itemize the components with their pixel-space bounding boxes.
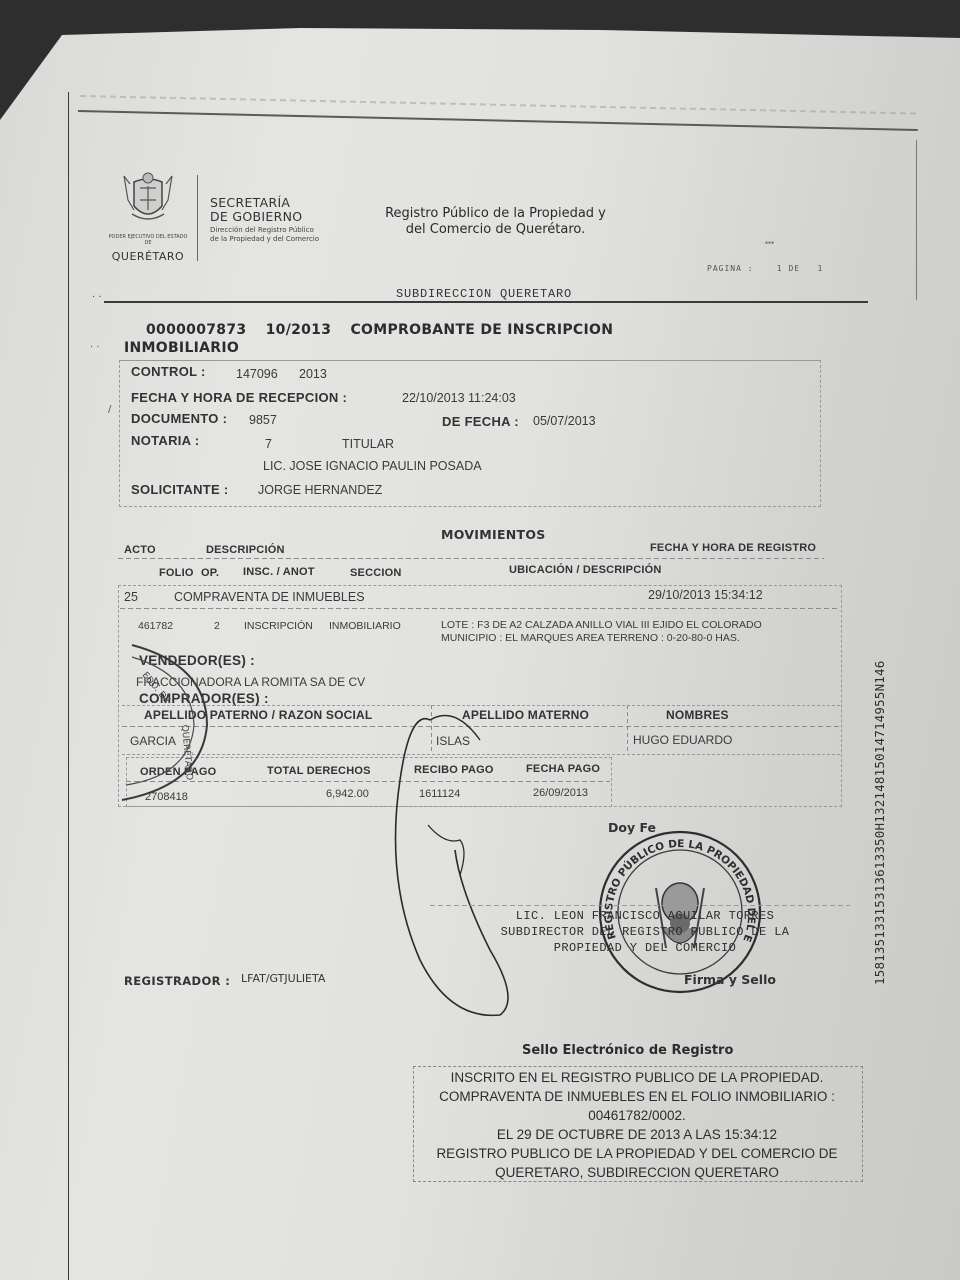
firma-sello-label: Firma y Sello — [684, 972, 776, 987]
op-value: 2 — [214, 620, 220, 632]
tiny-stamp: ▪▪▪ — [765, 240, 774, 246]
direccion-line1: Dirección del Registro Público — [210, 226, 319, 235]
handwritten-signature — [380, 700, 580, 1030]
de-fecha-label: DE FECHA : — [442, 414, 519, 429]
signature-rule — [430, 905, 850, 906]
movimientos-title: MOVIMIENTOS — [441, 527, 546, 542]
pagina-of: DE — [788, 264, 800, 273]
sello-line: 00461782/0002. — [413, 1106, 861, 1125]
acto-fecha-hora: 29/10/2013 15:34:12 — [648, 588, 763, 602]
margin-mark: · · — [90, 342, 100, 353]
folio-value: 461782 — [138, 620, 173, 632]
titular-label: TITULAR — [342, 437, 394, 451]
col-descripcion: DESCRIPCIÓN — [206, 544, 285, 556]
queretaro-logo: PODER EJECUTIVO DEL ESTADO DE QUERÉTARO — [108, 170, 188, 264]
acto-descripcion: COMPRAVENTA DE INMUEBLES — [174, 590, 365, 604]
subdireccion-title: SUBDIRECCION QUERETARO — [396, 287, 572, 301]
direccion-subtitle: Dirección del Registro Público de la Pro… — [210, 226, 319, 244]
seccion-value: INMOBILIARIO — [329, 620, 401, 632]
document-period: 10/2013 — [266, 322, 332, 338]
col-total-derechos: TOTAL DERECHOS — [267, 765, 371, 777]
pagina-label: PAGINA : — [707, 264, 754, 273]
page-indicator: PAGINA : 1 DE 1 — [707, 264, 823, 273]
registro-line1: Registro Público de la Propiedad y — [368, 206, 623, 222]
document-title-line2: INMOBILIARIO — [124, 340, 239, 356]
margin-mark: · · — [92, 292, 102, 303]
sello-electronico-text: INSCRITO EN EL REGISTRO PUBLICO DE LA PR… — [413, 1068, 861, 1182]
margin-mark: / — [108, 404, 111, 415]
notario-name: LIC. JOSE IGNACIO PAULIN POSADA — [263, 459, 482, 473]
coat-of-arms-icon — [120, 170, 176, 230]
de-fecha-value: 05/07/2013 — [533, 414, 596, 428]
partial-seal-stamp-icon: EDO. DE QUERÉTARO — [112, 635, 222, 805]
sello-line: EL 29 DE OCTUBRE DE 2013 A LAS 15:34:12 — [413, 1125, 861, 1144]
col-acto: ACTO — [124, 544, 156, 556]
sello-line: INSCRITO EN EL REGISTRO PUBLICO DE LA PR… — [413, 1068, 861, 1087]
registrador-label: REGISTRADOR : — [124, 974, 230, 988]
total-derechos-value: 6,942.00 — [326, 788, 369, 800]
secretaria-line2: DE GOBIERNO — [210, 210, 302, 224]
comprador-nombres: HUGO EDUARDO — [633, 733, 732, 747]
direccion-line2: de la Propiedad y del Comercio — [210, 235, 319, 244]
sello-line: QUERETARO, SUBDIRECCION QUERETARO — [413, 1163, 861, 1182]
sello-line: REGISTRO PUBLICO DE LA PROPIEDAD Y DEL C… — [413, 1144, 861, 1163]
page-edge-line — [68, 92, 69, 1280]
solicitante-value: JORGE HERNANDEZ — [258, 483, 382, 497]
svg-text:EDO. DE: EDO. DE — [140, 671, 172, 707]
registro-title: Registro Público de la Propiedad y del C… — [368, 206, 623, 238]
pagina-total: 1 — [818, 264, 824, 273]
sello-electronico-title: Sello Electrónico de Registro — [522, 1043, 733, 1058]
ubicacion-line2: MUNICIPIO : EL MARQUES AREA TERRENO : 0-… — [441, 632, 740, 644]
document-title: COMPROBANTE DE INSCRIPCION — [350, 322, 613, 338]
pagina-current: 1 — [777, 264, 783, 273]
recepcion-value: 22/10/2013 11:24:03 — [402, 391, 516, 405]
registro-line2: del Comercio de Querétaro. — [368, 222, 623, 238]
signatory-name: LIC. LEON FRANCISCO AGUILAR TORRES — [470, 908, 820, 924]
registrador-value: LFAT/GTJULIETA — [241, 972, 325, 985]
control-year: 2013 — [299, 367, 327, 381]
acto-divider — [120, 608, 840, 609]
logo-caption: QUERÉTARO — [108, 250, 188, 263]
control-label: CONTROL : — [131, 364, 206, 379]
secretaria-line1: SECRETARÍA — [210, 196, 302, 210]
header-separator — [197, 175, 198, 261]
col-insc-anot: INSC. / ANOT — [243, 566, 315, 578]
documento-value: 9857 — [249, 413, 277, 427]
col-folio: FOLIO — [159, 567, 194, 579]
verification-code: 15813513315313613350H13214815014714955N1… — [872, 661, 887, 985]
notaria-label: NOTARIA : — [131, 433, 199, 448]
header-rule — [104, 301, 868, 303]
document-number: 0000007873 — [146, 322, 246, 338]
document-heading: 0000007873 10/2013 COMPROBANTE DE INSCRI… — [146, 322, 627, 338]
col-ubicacion: UBICACIÓN / DESCRIPCIÓN — [509, 564, 662, 576]
documento-label: DOCUMENTO : — [131, 411, 227, 426]
col-nombres: NOMBRES — [666, 708, 729, 722]
ubicacion-line1: LOTE : F3 DE A2 CALZADA ANILLO VIAL III … — [441, 619, 762, 631]
secretaria-title: SECRETARÍA DE GOBIERNO — [210, 196, 302, 224]
sello-line: COMPRAVENTA DE INMUEBLES EN EL FOLIO INM… — [413, 1087, 861, 1106]
col-op: OP. — [201, 567, 219, 579]
signatory-block: LIC. LEON FRANCISCO AGUILAR TORRES SUBDI… — [470, 908, 820, 956]
signatory-title-line2: PROPIEDAD Y DEL COMERCIO — [470, 940, 820, 956]
solicitante-label: SOLICITANTE : — [131, 482, 229, 497]
notaria-value: 7 — [265, 437, 272, 451]
insc-anot-value: INSCRIPCIÓN — [244, 620, 313, 632]
logo-caption-small: PODER EJECUTIVO DEL ESTADO DE — [108, 234, 188, 246]
col-separator — [627, 705, 628, 753]
control-value: 147096 — [236, 367, 278, 381]
acto-code: 25 — [124, 590, 138, 604]
col-fecha-hora: FECHA Y HORA DE REGISTRO — [650, 542, 816, 554]
header-divider — [118, 558, 824, 559]
right-rule — [916, 140, 917, 300]
col-seccion: SECCION — [350, 567, 402, 579]
recepcion-label: FECHA Y HORA DE RECEPCION : — [131, 390, 347, 405]
signatory-title-line1: SUBDIRECTOR DEL REGISTRO PUBLICO DE LA — [470, 924, 820, 940]
